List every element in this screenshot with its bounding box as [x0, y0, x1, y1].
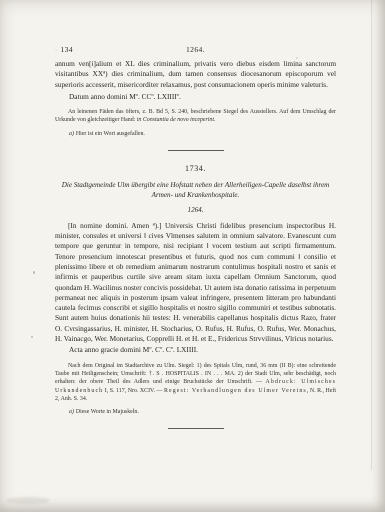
- doc-title: Die Stadtgemeinde Ulm übergibt eine Hofs…: [61, 180, 330, 201]
- doc-body: [In nomine domini. Amen ª).] Universis C…: [55, 221, 336, 345]
- scan-dot-mark: ·: [55, 48, 57, 54]
- footnote-marker: a): [69, 409, 74, 415]
- footnote-marker: a): [69, 131, 74, 137]
- footnote-text: Hier ist ein Wort ausgefallen.: [76, 131, 145, 137]
- doc-number: 1734.: [55, 164, 336, 173]
- page-content: ·134 1264. annum ven[i]alium et XL dies …: [55, 45, 336, 442]
- doc-acta-line: Acta anno gracie domini Mº. Cº. Cº. LXII…: [55, 345, 336, 355]
- scan-artifact: [31, 336, 33, 338]
- scan-artifact: [33, 271, 35, 274]
- prev-doc-seal-note: An leinenen Fäden das öfters, z. B. Bd 5…: [55, 108, 336, 125]
- apparatus-regest-ref: Regest: Verhandlungen des Ulmer Vereins: [164, 388, 307, 394]
- prev-doc-datum-line: Datum anno domini Mº. CCº. LXIIIIº.: [55, 92, 336, 102]
- apparatus-cite-1: I, S. 117, Nro. XCIV. —: [103, 388, 164, 394]
- doc-date: 1264.: [55, 206, 336, 214]
- page-number: ·134: [55, 45, 125, 54]
- doc-apparatus: Nach dem Original im Stadtarchive zu Ulm…: [55, 362, 336, 403]
- footnote-text: Diese Worte in Majuskeln.: [76, 409, 139, 415]
- page-number-value: 134: [60, 45, 73, 54]
- scan-artifact: [296, 57, 298, 59]
- seal-note-latin-italic: in Constantia de novo inceperint.: [137, 117, 216, 123]
- doc-footnote: a)Diese Worte in Majuskeln.: [55, 408, 336, 416]
- prev-doc-footnote: a)Hier ist ein Wort ausgefallen.: [55, 130, 336, 138]
- end-divider: [168, 428, 224, 429]
- running-head-year: 1264.: [125, 45, 326, 54]
- section-divider: [168, 150, 224, 151]
- prev-doc-body: annum ven[i]alium et XL dies criminalium…: [55, 59, 336, 90]
- scanned-book-page: ·134 1264. annum ven[i]alium et XL dies …: [0, 0, 385, 512]
- page-edge-shadow: [371, 0, 372, 470]
- running-header: ·134 1264.: [55, 45, 336, 54]
- scan-artifact: [6, 497, 50, 504]
